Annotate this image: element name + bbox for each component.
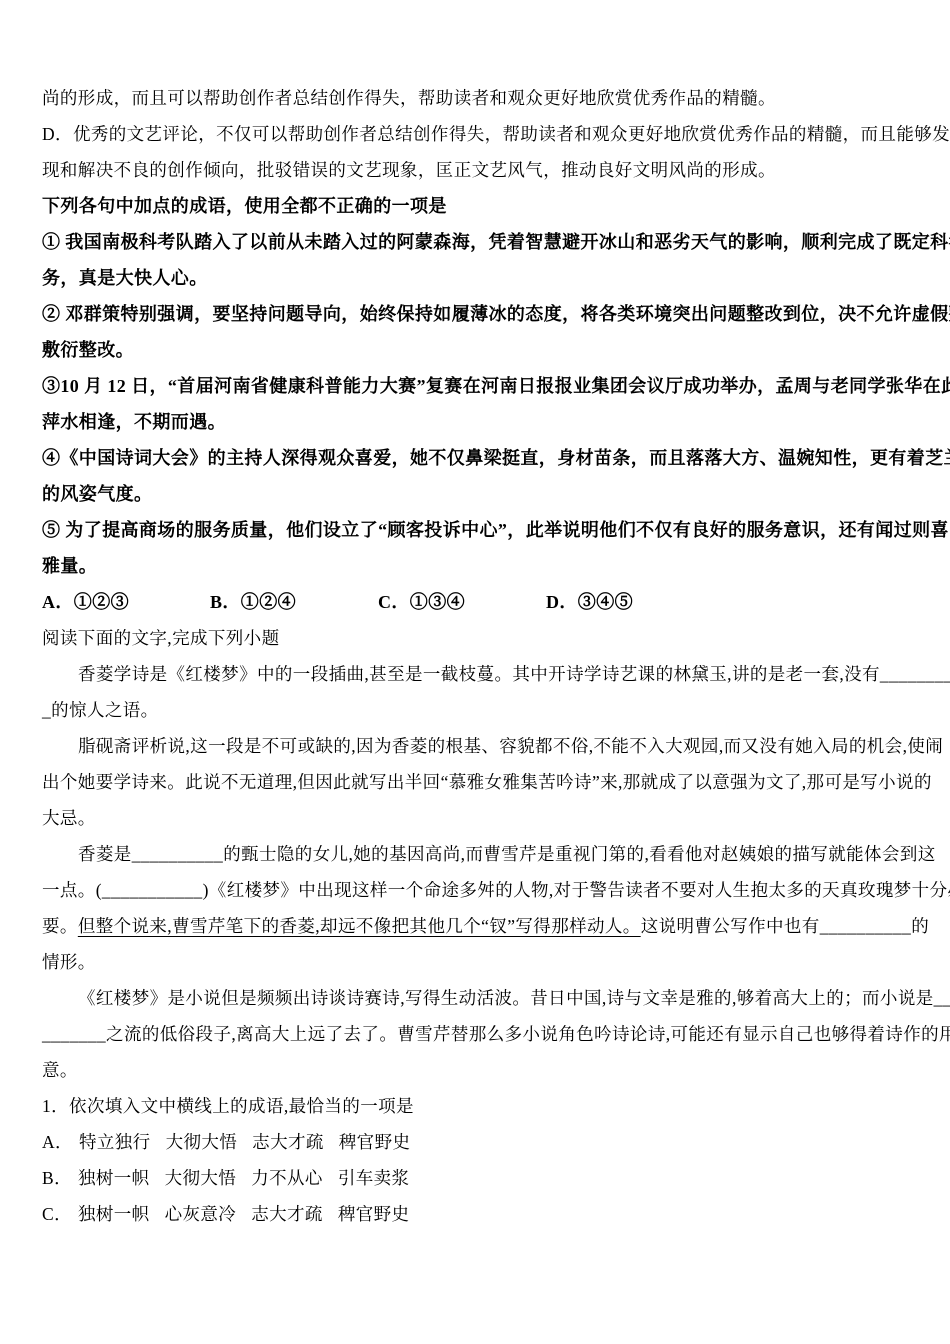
- choice-item: B．①②④: [210, 584, 378, 620]
- text-segment: 尚的形成，而且可以帮助创作者总结创作得失，帮助读者和观众更好地欣赏优秀作品的精髓…: [42, 88, 776, 108]
- text-segment: 出个她要学诗来。此说不无道理,但因此就写出半回“慕雅女雅集苦吟诗”来,那就成了以…: [42, 772, 932, 792]
- choice-item: D．③④⑤: [546, 584, 714, 620]
- text-segment: 敷衍整改。: [42, 340, 134, 360]
- idiom: 独树一帜: [78, 1168, 150, 1188]
- text-line: _的惊人之语。: [42, 692, 910, 728]
- text-line: 香菱是__________的甄士隐的女儿,她的基因高尚,而曹雪芹是重视门第的,看…: [42, 836, 910, 872]
- text-segment: ② 邓群策特别强调，要坚持问题导向，始终保持如履薄冰的态度，将各类环境突出问题整…: [42, 304, 950, 324]
- choice-item: C．①③④: [378, 584, 546, 620]
- text-segment: 阅读下面的文字,完成下列小题: [42, 628, 279, 648]
- text-line: 脂砚斋评析说,这一段是不可或缺的,因为香菱的根基、容貌都不俗,不能不入大观园,而…: [42, 728, 910, 764]
- text-segment: 的风姿气度。: [42, 484, 152, 504]
- text-segment: ① 我国南极科考队踏入了以前从未踏入过的阿蒙森海，凭着智慧避开冰山和恶劣天气的影…: [42, 232, 950, 252]
- text-segment: 萍水相逢，不期而遇。: [42, 412, 226, 432]
- text-line: 《红楼梦》是小说但是频频出诗谈诗赛诗,写得生动活波。昔日中国,诗与文幸是雅的,够…: [42, 980, 910, 1016]
- text-segment: 香菱学诗是《红楼梦》中的一段插曲,甚至是一截枝蔓。其中开诗学诗艺课的林黛玉,讲的…: [78, 664, 950, 684]
- text-line: 敷衍整改。: [42, 332, 910, 368]
- text-segment: 雅量。: [42, 556, 97, 576]
- text-segment: 要。: [42, 916, 78, 936]
- idiom: 特立独行: [79, 1132, 151, 1152]
- text-line: ③10 月 12 日，“首届河南省健康科普能力大赛”复赛在河南日报报业集团会议厅…: [42, 368, 910, 404]
- text-segment: 现和解决不良的创作倾向，批驳错误的文艺现象，匡正文艺风气，推动良好文明风尚的形成…: [42, 160, 776, 180]
- text-segment: 《红楼梦》是小说但是频频出诗谈诗赛诗,写得生动活波。昔日中国,诗与文幸是雅的,够…: [78, 988, 950, 1008]
- idiom: 稗官野史: [339, 1132, 411, 1152]
- text-segment: ③10 月 12 日，“首届河南省健康科普能力大赛”复赛在河南日报报业集团会议厅…: [42, 376, 950, 396]
- text-segment: _的惊人之语。: [42, 700, 159, 720]
- idiom: 引车卖浆: [338, 1168, 410, 1188]
- text-segment: _______之流的低俗段子,离高大上远了去了。曹雪芹替那么多小说角色吟诗论诗,…: [42, 1024, 950, 1044]
- text-line: _______之流的低俗段子,离高大上远了去了。曹雪芹替那么多小说角色吟诗论诗,…: [42, 1016, 910, 1052]
- text-segment: 务，真是大快人心。: [42, 268, 208, 288]
- idiom: 大彻大悟: [165, 1168, 237, 1188]
- text-line: 大忌。: [42, 800, 910, 836]
- text-segment: D．优秀的文艺评论，不仅可以帮助创作者总结创作得失，帮助读者和观众更好地欣赏优秀…: [42, 124, 950, 144]
- text-line: 萍水相逢，不期而遇。: [42, 404, 910, 440]
- text-segment: 情形。: [42, 952, 96, 972]
- text-line: 雅量。: [42, 548, 910, 584]
- idiom: 志大才疏: [251, 1204, 323, 1224]
- text-line: 下列各句中加点的成语，使用全都不正确的一项是: [42, 188, 910, 224]
- text-line: 情形。: [42, 944, 910, 980]
- text-segment: ⑤ 为了提高商场的服务质量，他们设立了“顾客投诉中心”，此举说明他们不仅有良好的…: [42, 520, 950, 540]
- text-line: ⑤ 为了提高商场的服务质量，他们设立了“顾客投诉中心”，此举说明他们不仅有良好的…: [42, 512, 910, 548]
- text-line: 1．依次填入文中横线上的成语,最恰当的一项是: [42, 1088, 910, 1124]
- text-line: 香菱学诗是《红楼梦》中的一段插曲,甚至是一截枝蔓。其中开诗学诗艺课的林黛玉,讲的…: [42, 656, 910, 692]
- exam-page: 尚的形成，而且可以帮助创作者总结创作得失，帮助读者和观众更好地欣赏优秀作品的精髓…: [0, 0, 950, 1344]
- text-line: 现和解决不良的创作倾向，批驳错误的文艺现象，匡正文艺风气，推动良好文明风尚的形成…: [42, 152, 910, 188]
- document-body: 尚的形成，而且可以帮助创作者总结创作得失，帮助读者和观众更好地欣赏优秀作品的精髓…: [0, 0, 950, 1232]
- text-line: 要。但整个说来,曹雪芹笔下的香菱,却远不像把其他几个“钗”写得那样动人。这说明曹…: [42, 908, 910, 944]
- choice-row: A．①②③B．①②④C．①③④D．③④⑤: [42, 584, 910, 620]
- text-segment: 1．依次填入文中横线上的成语,最恰当的一项是: [42, 1096, 414, 1116]
- text-segment: 这说明曹公写作中也有__________的: [641, 916, 929, 936]
- idiom: 独树一帜: [78, 1204, 150, 1224]
- option-line: C．独树一帜心灰意冷志大才疏稗官野史: [42, 1196, 910, 1232]
- text-line: 意。: [42, 1052, 910, 1088]
- choice-item: A．①②③: [42, 584, 210, 620]
- text-line: 一点。(___________)《红楼梦》中出现这样一个命途多舛的人物,对于警告…: [42, 872, 910, 908]
- text-segment: 香菱是__________的甄士隐的女儿,她的基因高尚,而曹雪芹是重视门第的,看…: [78, 844, 936, 864]
- text-line: D．优秀的文艺评论，不仅可以帮助创作者总结创作得失，帮助读者和观众更好地欣赏优秀…: [42, 116, 910, 152]
- text-line: 务，真是大快人心。: [42, 260, 910, 296]
- text-line: 的风姿气度。: [42, 476, 910, 512]
- option-line: B．独树一帜大彻大悟力不从心引车卖浆: [42, 1160, 910, 1196]
- text-segment: 下列各句中加点的成语，使用全都不正确的一项是: [42, 196, 447, 216]
- option-line: A．特立独行大彻大悟志大才疏稗官野史: [42, 1124, 910, 1160]
- text-line: ④《中国诗词大会》的主持人深得观众喜爱，她不仅鼻梁挺直，身材苗条，而且落落大方、…: [42, 440, 910, 476]
- text-segment: 脂砚斋评析说,这一段是不可或缺的,因为香菱的根基、容貌都不俗,不能不入大观园,而…: [78, 736, 943, 756]
- text-line: 阅读下面的文字,完成下列小题: [42, 620, 910, 656]
- idiom: 稗官野史: [338, 1204, 410, 1224]
- text-line: ② 邓群策特别强调，要坚持问题导向，始终保持如履薄冰的态度，将各类环境突出问题整…: [42, 296, 910, 332]
- text-segment: 大忌。: [42, 808, 96, 828]
- text-segment: 意。: [42, 1060, 78, 1080]
- text-segment: ④《中国诗词大会》的主持人深得观众喜爱，她不仅鼻梁挺直，身材苗条，而且落落大方、…: [42, 448, 950, 468]
- text-line: 尚的形成，而且可以帮助创作者总结创作得失，帮助读者和观众更好地欣赏优秀作品的精髓…: [42, 80, 910, 116]
- option-label: C．: [42, 1204, 72, 1224]
- idiom: 心灰意冷: [165, 1204, 237, 1224]
- text-segment: 一点。(___________)《红楼梦》中出现这样一个命途多舛的人物,对于警告…: [42, 880, 950, 900]
- option-label: B．: [42, 1168, 72, 1188]
- idiom: 大彻大悟: [166, 1132, 238, 1152]
- idiom: 力不从心: [251, 1168, 323, 1188]
- idiom: 志大才疏: [252, 1132, 324, 1152]
- text-line: 出个她要学诗来。此说不无道理,但因此就写出半回“慕雅女雅集苦吟诗”来,那就成了以…: [42, 764, 910, 800]
- underlined-text: 但整个说来,曹雪芹笔下的香菱,却远不像把其他几个“钗”写得那样动人。: [78, 916, 641, 936]
- option-label: A．: [42, 1132, 73, 1152]
- text-line: ① 我国南极科考队踏入了以前从未踏入过的阿蒙森海，凭着智慧避开冰山和恶劣天气的影…: [42, 224, 910, 260]
